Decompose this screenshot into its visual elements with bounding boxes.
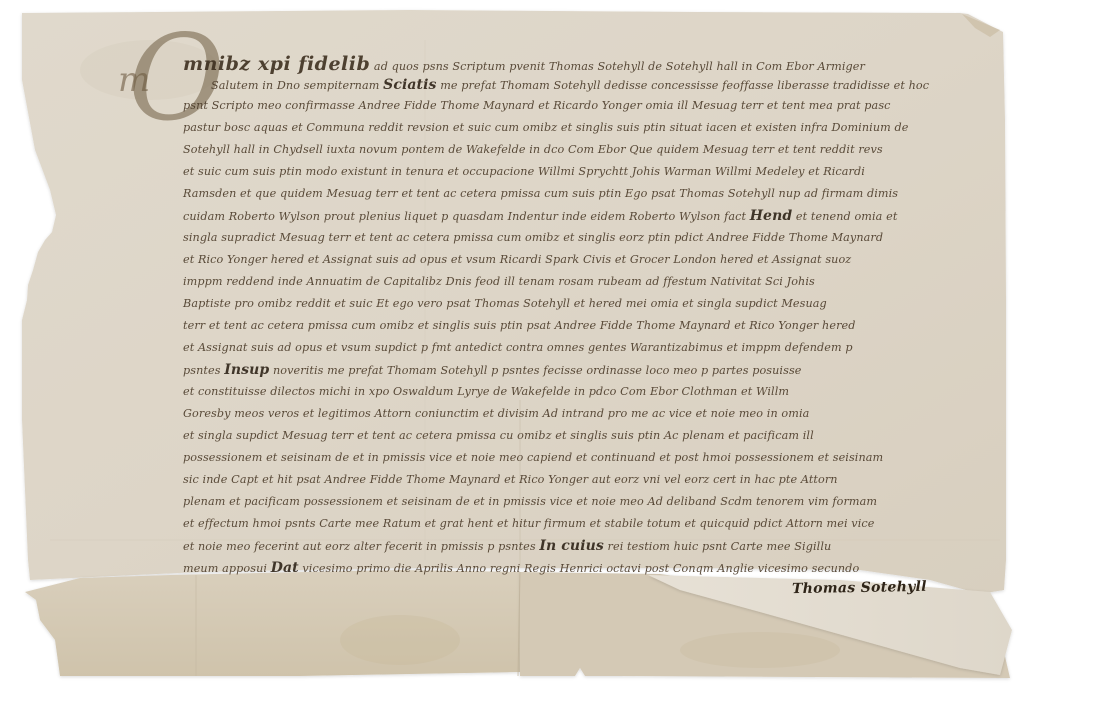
line-text: Ramsden et que quidem Mesuag terr et ten…	[183, 187, 898, 200]
text-line-4: pastur bosc aquas et Communa reddit revs…	[183, 118, 908, 138]
line-text: rei testiom huic psnt Carte mee Sigillu	[608, 540, 832, 553]
document-photo: m O mnibz xpi fidelib ad quos psns Scrip…	[0, 0, 1100, 702]
line-text: me prefat Thomam Sotehyll dedisse conces…	[440, 79, 929, 92]
line-text: noveritis me prefat Thomam Sotehyll p ps…	[273, 364, 802, 377]
text-line-6: et suic cum suis ptin modo existunt in t…	[183, 162, 865, 182]
text-line-21: plenam et pacificam possessionem et seis…	[183, 492, 877, 512]
text-line-7: Ramsden et que quidem Mesuag terr et ten…	[183, 184, 898, 204]
line-text: et tenend omia et	[796, 210, 898, 223]
text-line-18: et singla supdict Mesuag terr et tent ac…	[183, 426, 814, 446]
text-line-5: Sotehyll hall in Chydsell iuxta novum po…	[183, 140, 883, 160]
line-text: plenam et pacificam possessionem et seis…	[183, 495, 877, 508]
signature: Thomas Sotehyll	[792, 579, 927, 597]
emphasized-word: Insup	[224, 362, 269, 378]
line-text: ad quos psns Scriptum pvenit Thomas Sote…	[374, 60, 865, 73]
line-text: et Assignat suis ad opus et vsum supdict…	[183, 341, 853, 354]
line-text: et noie meo fecerint aut eorz alter fece…	[183, 540, 536, 553]
opening-words: mnibz xpi fidelib	[183, 53, 370, 75]
text-line-10: et Rico Yonger hered et Assignat suis ad…	[183, 250, 851, 270]
text-line-20: sic inde Capt et hit psat Andree Fidde T…	[183, 470, 838, 490]
text-line-17: Goresby meos veros et legitimos Attorn c…	[183, 404, 809, 424]
line-text: psnt Scripto meo confirmasse Andree Fidd…	[183, 99, 891, 112]
text-line-13: terr et tent ac cetera pmissa cum omibz …	[183, 316, 856, 336]
text-line-1: mnibz xpi fidelib ad quos psns Scriptum …	[183, 54, 865, 74]
line-text: terr et tent ac cetera pmissa cum omibz …	[183, 319, 856, 332]
text-line-2: Salutem in Dno sempiternam Sciatis me pr…	[211, 75, 929, 95]
text-line-22: et effectum hmoi psnts Carte mee Ratum e…	[183, 514, 874, 534]
emphasized-word: Sciatis	[383, 77, 436, 93]
line-text: meum apposui	[183, 562, 267, 575]
line-text: sic inde Capt et hit psat Andree Fidde T…	[183, 473, 838, 486]
text-line-8: cuidam Roberto Wylson prout plenius liqu…	[183, 206, 897, 226]
text-line-3: psnt Scripto meo confirmasse Andree Fidd…	[183, 96, 891, 116]
emphasized-word: In cuius	[539, 538, 603, 554]
text-line-14: et Assignat suis ad opus et vsum supdict…	[183, 338, 853, 358]
line-text: et singla supdict Mesuag terr et tent ac…	[183, 429, 814, 442]
line-text: cuidam Roberto Wylson prout plenius liqu…	[183, 210, 746, 223]
text-line-24: meum apposui Dat vicesimo primo die Apri…	[183, 558, 859, 578]
line-text: singla supradict Mesuag terr et tent ac …	[183, 231, 883, 244]
line-text: et constituisse dilectos michi in xpo Os…	[183, 385, 789, 398]
text-line-19: possessionem et seisinam de et in pmissi…	[183, 448, 883, 468]
text-line-12: Baptiste pro omibz reddit et suic Et ego…	[183, 294, 827, 314]
line-text: possessionem et seisinam de et in pmissi…	[183, 451, 883, 464]
line-text: et Rico Yonger hered et Assignat suis ad…	[183, 253, 851, 266]
text-line-23: et noie meo fecerint aut eorz alter fece…	[183, 536, 831, 556]
line-text: Goresby meos veros et legitimos Attorn c…	[183, 407, 809, 420]
line-text: pastur bosc aquas et Communa reddit revs…	[183, 121, 908, 134]
line-text: imppm reddend inde Annuatim de Capitalib…	[183, 275, 815, 288]
line-text: Sotehyll hall in Chydsell iuxta novum po…	[183, 143, 883, 156]
text-line-15: psntes Insup noveritis me prefat Thomam …	[183, 360, 802, 380]
line-text: vicesimo primo die Aprilis Anno regni Re…	[302, 562, 859, 575]
line-text: psntes	[183, 364, 221, 377]
emphasized-word: Hend	[750, 208, 793, 224]
line-text: Salutem in Dno sempiternam	[211, 79, 379, 92]
text-line-9: singla supradict Mesuag terr et tent ac …	[183, 228, 883, 248]
text-line-11: imppm reddend inde Annuatim de Capitalib…	[183, 272, 815, 292]
line-text: Baptiste pro omibz reddit et suic Et ego…	[183, 297, 827, 310]
text-line-16: et constituisse dilectos michi in xpo Os…	[183, 382, 789, 402]
line-text: et suic cum suis ptin modo existunt in t…	[183, 165, 865, 178]
line-text: et effectum hmoi psnts Carte mee Ratum e…	[183, 517, 874, 530]
emphasized-word: Dat	[271, 560, 299, 576]
